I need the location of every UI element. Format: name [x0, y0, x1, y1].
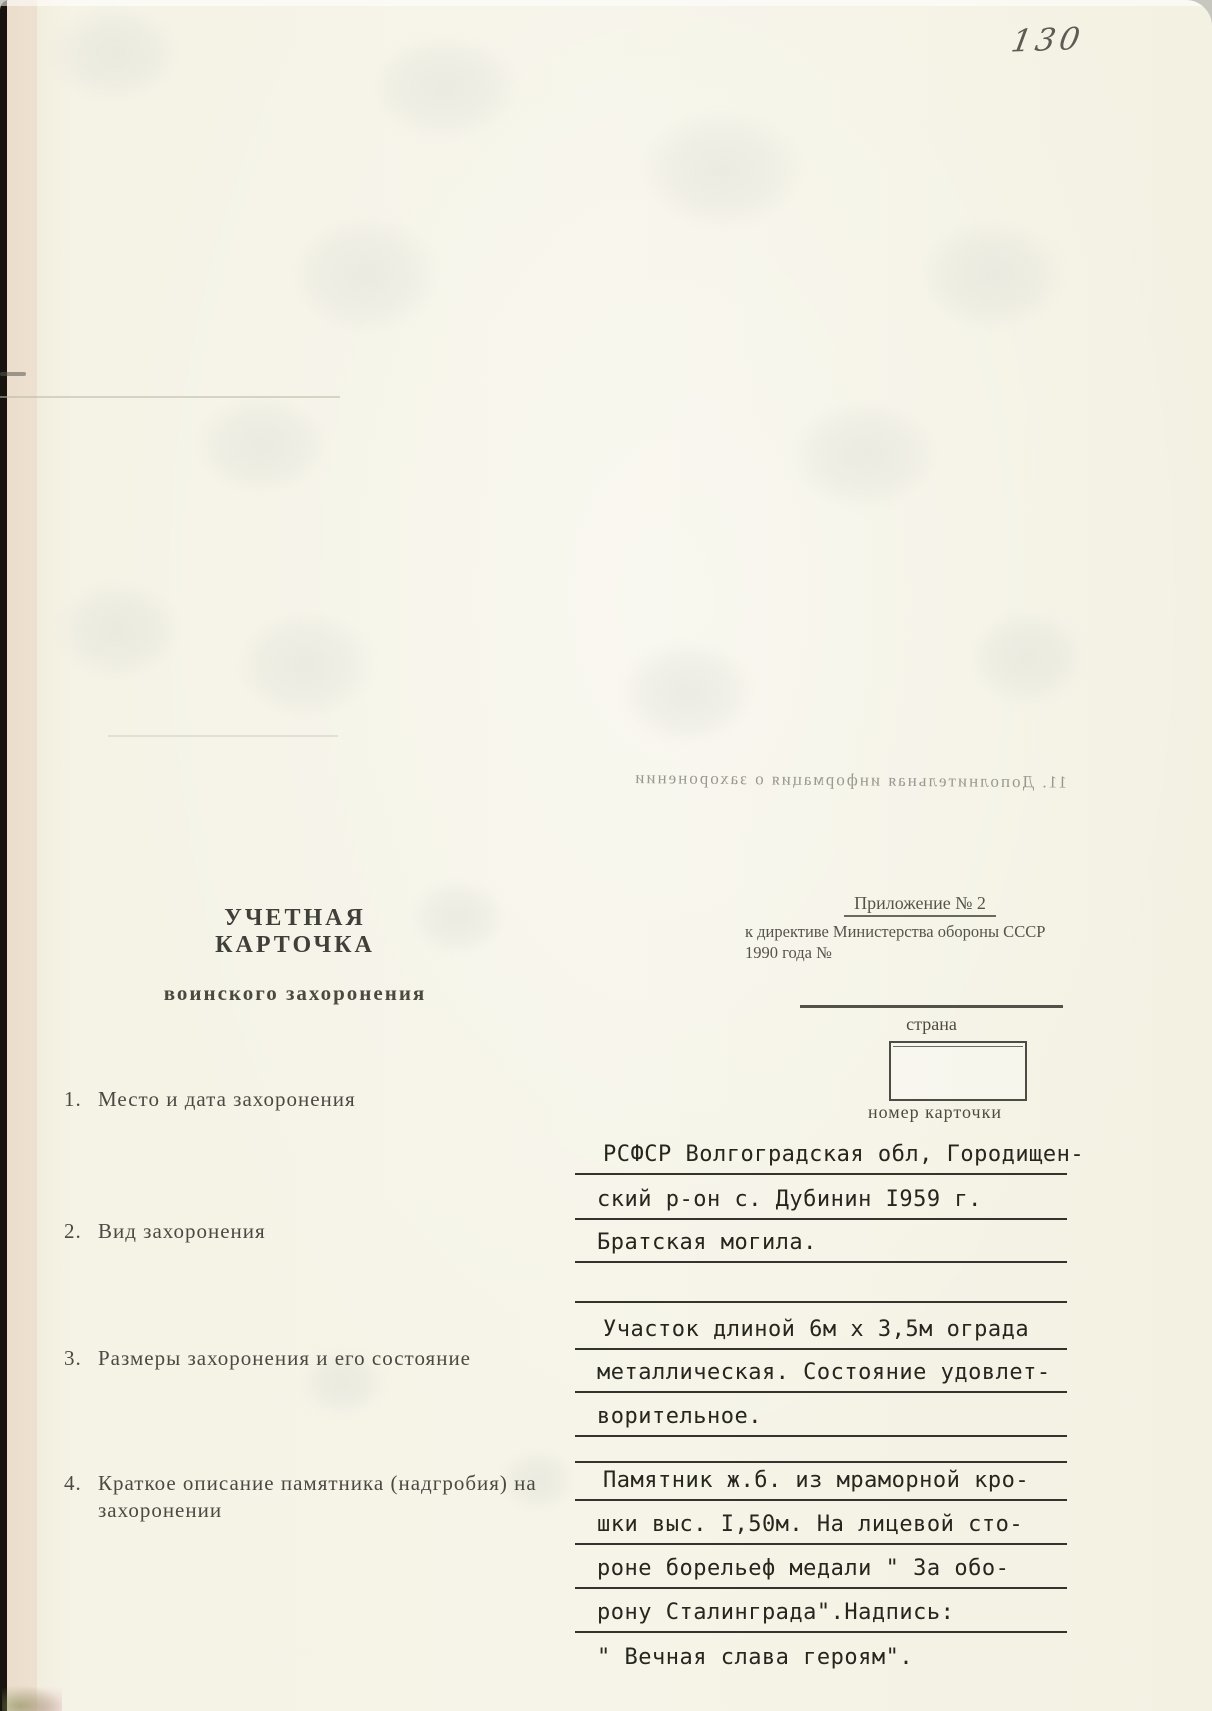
watermark-blob	[55, 580, 180, 680]
annex-year: 1990 года №	[745, 942, 1095, 963]
typed-answer-line: ский р-он с. Дубинин I959 г.	[575, 1187, 1067, 1220]
title-line-1: УЧЕТНАЯ КАРТОЧКА	[150, 905, 440, 959]
paper-crease-mark	[0, 372, 26, 376]
card-number-label: номер карточки	[795, 1102, 1075, 1123]
card-number-box	[889, 1041, 1027, 1101]
field-label-size-and-condition: 3. Размеры захоронения и его состояние	[64, 1345, 568, 1372]
country-label: страна	[800, 1014, 1063, 1035]
field-number: 3.	[64, 1345, 98, 1372]
page-left-edge	[0, 0, 7, 1711]
page-left-tint	[7, 0, 37, 1711]
watermark-blob	[920, 220, 1065, 330]
watermark-blob	[290, 215, 440, 335]
typed-answer-line: шки выс. I,50м. На лицевой сто-	[575, 1512, 1067, 1545]
field-number: 4.	[64, 1470, 98, 1524]
watermark-blob	[50, 6, 180, 101]
field-label-text: Краткое описание памятника (надгробия) н…	[98, 1470, 568, 1524]
page-top-edge	[0, 0, 1212, 6]
field-label-text: Вид захоронения	[98, 1218, 568, 1245]
watermark-blob	[195, 395, 330, 495]
field-number: 1.	[64, 1086, 98, 1113]
blank-ruled-line	[575, 1270, 1067, 1303]
typed-answer-line: Памятник ж.б. из мраморной кро-	[575, 1468, 1067, 1501]
annex-number: Приложение № 2	[745, 893, 1095, 917]
typed-answer-line: роне борельеф медали " За обо-	[575, 1556, 1067, 1589]
field-label-text: Размеры захоронения и его состояние	[98, 1345, 568, 1372]
typed-answer-line: РСФСР Волгоградская обл, Городищен-	[575, 1142, 1067, 1175]
watermark-blob	[790, 400, 940, 510]
paper-crease	[108, 735, 338, 737]
document-title: УЧЕТНАЯ КАРТОЧКА воинского захоронения	[150, 905, 440, 1006]
field-label-text: Место и дата захоронения	[98, 1086, 568, 1113]
field-label-place-and-date: 1. Место и дата захоронения	[64, 1086, 568, 1113]
field-label-monument-description: 4. Краткое описание памятника (надгробия…	[64, 1470, 568, 1524]
scanned-document-page: 130 11. Дополнительная информация о захо…	[0, 0, 1212, 1711]
typed-answer-line: " Вечная слава героям".	[575, 1645, 1067, 1678]
title-line-2: воинского захоронения	[150, 981, 440, 1006]
watermark-blob	[620, 640, 755, 745]
field-number: 2.	[64, 1218, 98, 1245]
watermark-blob	[370, 35, 520, 140]
typed-answer-line: Братская могила.	[575, 1230, 1067, 1263]
field-label-burial-type: 2. Вид захоронения	[64, 1218, 568, 1245]
country-rule-line	[800, 1005, 1063, 1008]
paper-crease	[0, 396, 340, 398]
bleedthrough-text: 11. Дополнительная информация о захороне…	[573, 767, 1067, 792]
blank-ruled-line	[575, 1430, 1067, 1463]
watermark-blob	[235, 610, 375, 720]
typed-answer-line: Участок длиной 6м х 3,5м ограда	[575, 1317, 1067, 1350]
annex-directive: к директиве Министерства обороны СССР	[745, 921, 1095, 942]
typed-answer-line: металлическая. Состояние удовлет-	[575, 1360, 1067, 1393]
corner-smudge	[2, 1685, 62, 1711]
card-number-box-inner-line	[893, 1046, 1023, 1047]
handwritten-page-number: 130	[1008, 20, 1105, 59]
watermark-blob	[640, 110, 805, 230]
watermark-blob	[970, 610, 1085, 705]
annex-reference: Приложение № 2 к директиве Министерства …	[745, 893, 1095, 963]
typed-answer-line: рону Сталинграда".Надпись:	[575, 1600, 1067, 1633]
